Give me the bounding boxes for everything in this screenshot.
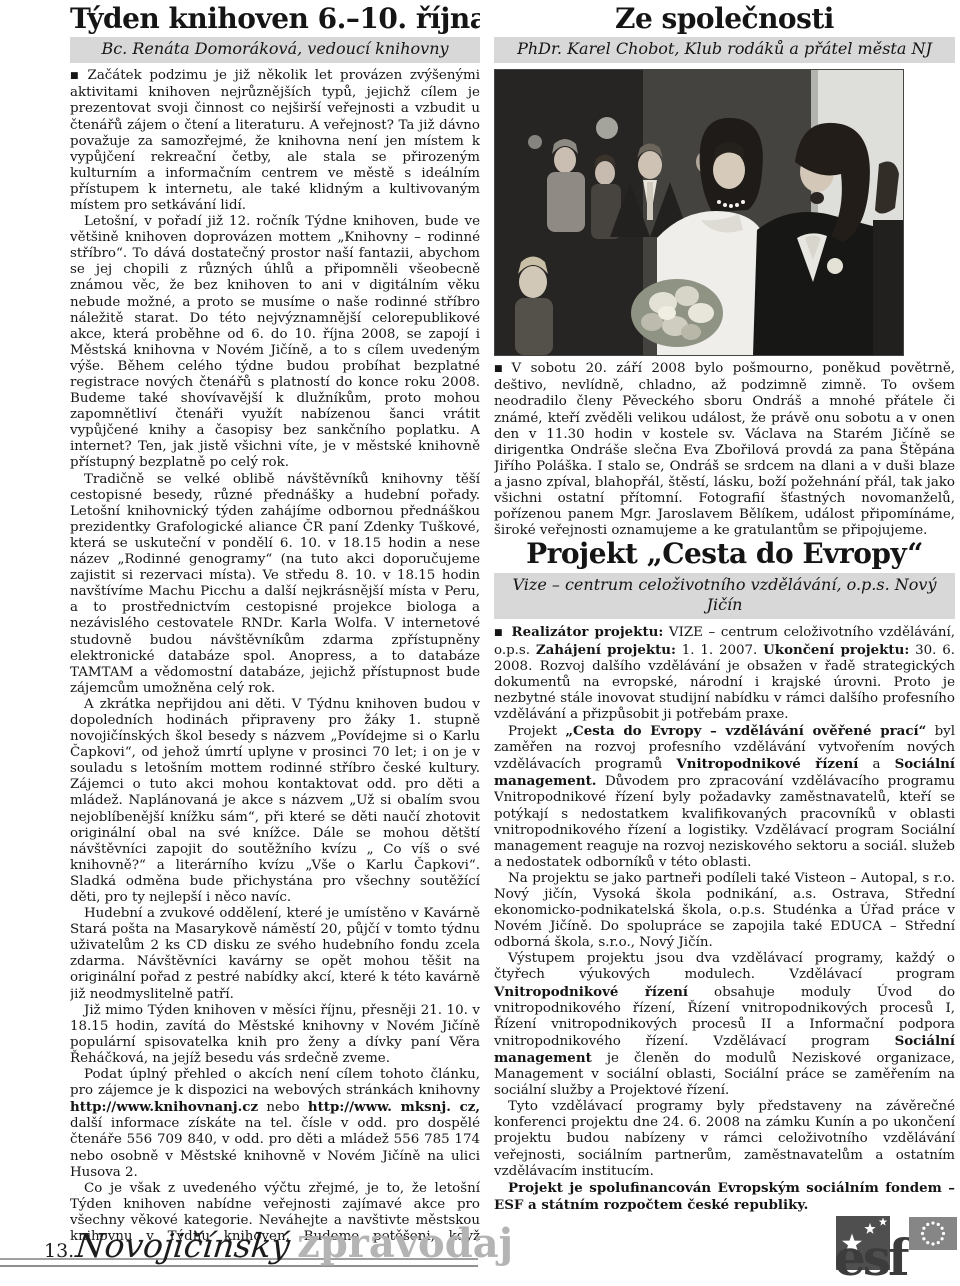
project-article-body: ■Realizátor projektu: VIZE – centrum cel… bbox=[494, 624, 955, 1214]
paragraph: ■V sobotu 20. září 2008 bylo pošmourno, … bbox=[494, 361, 955, 539]
text-run: nebo bbox=[258, 1100, 308, 1115]
wedding-photo bbox=[494, 69, 904, 356]
text-run: Na projektu se jako partneři podíleli ta… bbox=[494, 871, 955, 950]
paragraph: ■Začátek podzimu je již několik let prov… bbox=[70, 68, 480, 214]
bullet-square-icon: ■ bbox=[494, 361, 503, 377]
brand-script-wordmark: Novojičínský bbox=[74, 1226, 292, 1265]
text-run: Podat úplný přehled o akcích není cílem … bbox=[70, 1067, 480, 1098]
text-run: 1. 1. 2007. bbox=[676, 643, 763, 658]
paragraph: Projekt je spolufinancován Evropským soc… bbox=[494, 1180, 955, 1214]
bold-text-run: Vnitropodnikové řízení bbox=[676, 756, 858, 772]
paragraph: Projekt „Cesta do Evropy – vzdělávání ov… bbox=[494, 723, 955, 871]
project-article-byline: Vize – centrum celoživotního vzdělávání,… bbox=[494, 573, 955, 619]
paragraph: Hudební a zvukové oddělení, které je umí… bbox=[70, 906, 480, 1003]
paragraph: Výstupem projektu jsou dva vzdělávací pr… bbox=[494, 951, 955, 1099]
bold-text-run: http://www.knihovnanj.cz bbox=[70, 1099, 258, 1115]
page-number: 13. bbox=[44, 1240, 74, 1262]
wedding-photo-illustration bbox=[495, 70, 903, 355]
esf-logo-text: esf bbox=[834, 1233, 906, 1283]
society-article-byline: PhDr. Karel Chobot, Klub rodáků a přátel… bbox=[494, 37, 955, 63]
bold-text-run: „Cesta do Evropy – vzdělávání ověřené pr… bbox=[565, 723, 926, 739]
text-run: A zkrátka nepřijdou ani děti. V Týdnu kn… bbox=[70, 697, 480, 905]
paragraph: Již mimo Týden knihoven v měsíci říjnu, … bbox=[70, 1003, 480, 1067]
text-run: Projekt bbox=[508, 724, 565, 739]
text-run: Výstupem projektu jsou dva vzdělávací pr… bbox=[494, 951, 955, 982]
text-run: Letošní, v pořadí již 12. ročník Týdne k… bbox=[70, 214, 480, 470]
left-article-byline: Bc. Renáta Domoráková, vedoucí knihovny bbox=[70, 37, 480, 63]
bold-text-run: Zahájení projektu: bbox=[536, 642, 676, 658]
text-run: a bbox=[858, 757, 894, 772]
bold-text-run: http://www. mksnj. cz, bbox=[308, 1099, 480, 1115]
text-run: Začátek podzimu je již několik let prová… bbox=[70, 68, 480, 213]
paragraph: Letošní, v pořadí již 12. ročník Týdne k… bbox=[70, 214, 480, 472]
right-column: Ze společnosti PhDr. Karel Chobot, Klub … bbox=[494, 4, 955, 1250]
bold-text-run: Ukončení projektu: bbox=[763, 642, 909, 658]
society-article-body: ■V sobotu 20. září 2008 bylo pošmourno, … bbox=[494, 361, 955, 539]
text-run: V sobotu 20. září 2008 bylo pošmourno, p… bbox=[494, 361, 955, 538]
bullet-square-icon: ■ bbox=[494, 625, 503, 641]
bold-text-run: Projekt je spolufinancován Evropským soc… bbox=[494, 1180, 955, 1213]
text-run: Tradičně se velké oblibě návštěvníků kni… bbox=[70, 472, 480, 696]
paragraph: Tradičně se velké oblibě návštěvníků kni… bbox=[70, 472, 480, 697]
text-run: Tyto vzdělávací programy byly představen… bbox=[494, 1099, 955, 1178]
bullet-square-icon: ■ bbox=[70, 68, 79, 84]
paragraph: A zkrátka nepřijdou ani děti. V Týdnu kn… bbox=[70, 697, 480, 906]
society-article-title: Ze společnosti bbox=[494, 4, 955, 34]
paragraph: ■Realizátor projektu: VIZE – centrum cel… bbox=[494, 624, 955, 724]
left-article-title: Týden knihoven 6.–10. října bbox=[70, 4, 480, 34]
newsletter-brand: 13. Novojičínský zpravodaj bbox=[44, 1226, 513, 1265]
project-article-title: Projekt „Cesta do Evropy“ bbox=[494, 539, 955, 569]
brand-block-wordmark: zpravodaj bbox=[297, 1226, 513, 1262]
text-run: další informace získáte na tel. čísle v … bbox=[70, 1116, 480, 1179]
bold-text-run: Vnitropodnikové řízení bbox=[494, 984, 688, 1000]
bold-text-run: Realizátor projektu: bbox=[512, 624, 664, 640]
paragraph: Podat úplný přehled o akcích není cílem … bbox=[70, 1067, 480, 1181]
article-tyden-knihoven: Týden knihoven 6.–10. října Bc. Renáta D… bbox=[70, 4, 480, 1244]
paragraph: Na projektu se jako partneři podíleli ta… bbox=[494, 871, 955, 951]
left-article-body: ■Začátek podzimu je již několik let prov… bbox=[70, 68, 480, 1244]
newsletter-page: Týden knihoven 6.–10. října Bc. Renáta D… bbox=[0, 0, 960, 1286]
paragraph: Tyto vzdělávací programy byly představen… bbox=[494, 1099, 955, 1179]
eu-flag-icon bbox=[909, 1217, 957, 1250]
text-run: Již mimo Týden knihoven v měsíci říjnu, … bbox=[70, 1003, 480, 1066]
text-run: Hudební a zvukové oddělení, které je umí… bbox=[70, 906, 480, 1001]
